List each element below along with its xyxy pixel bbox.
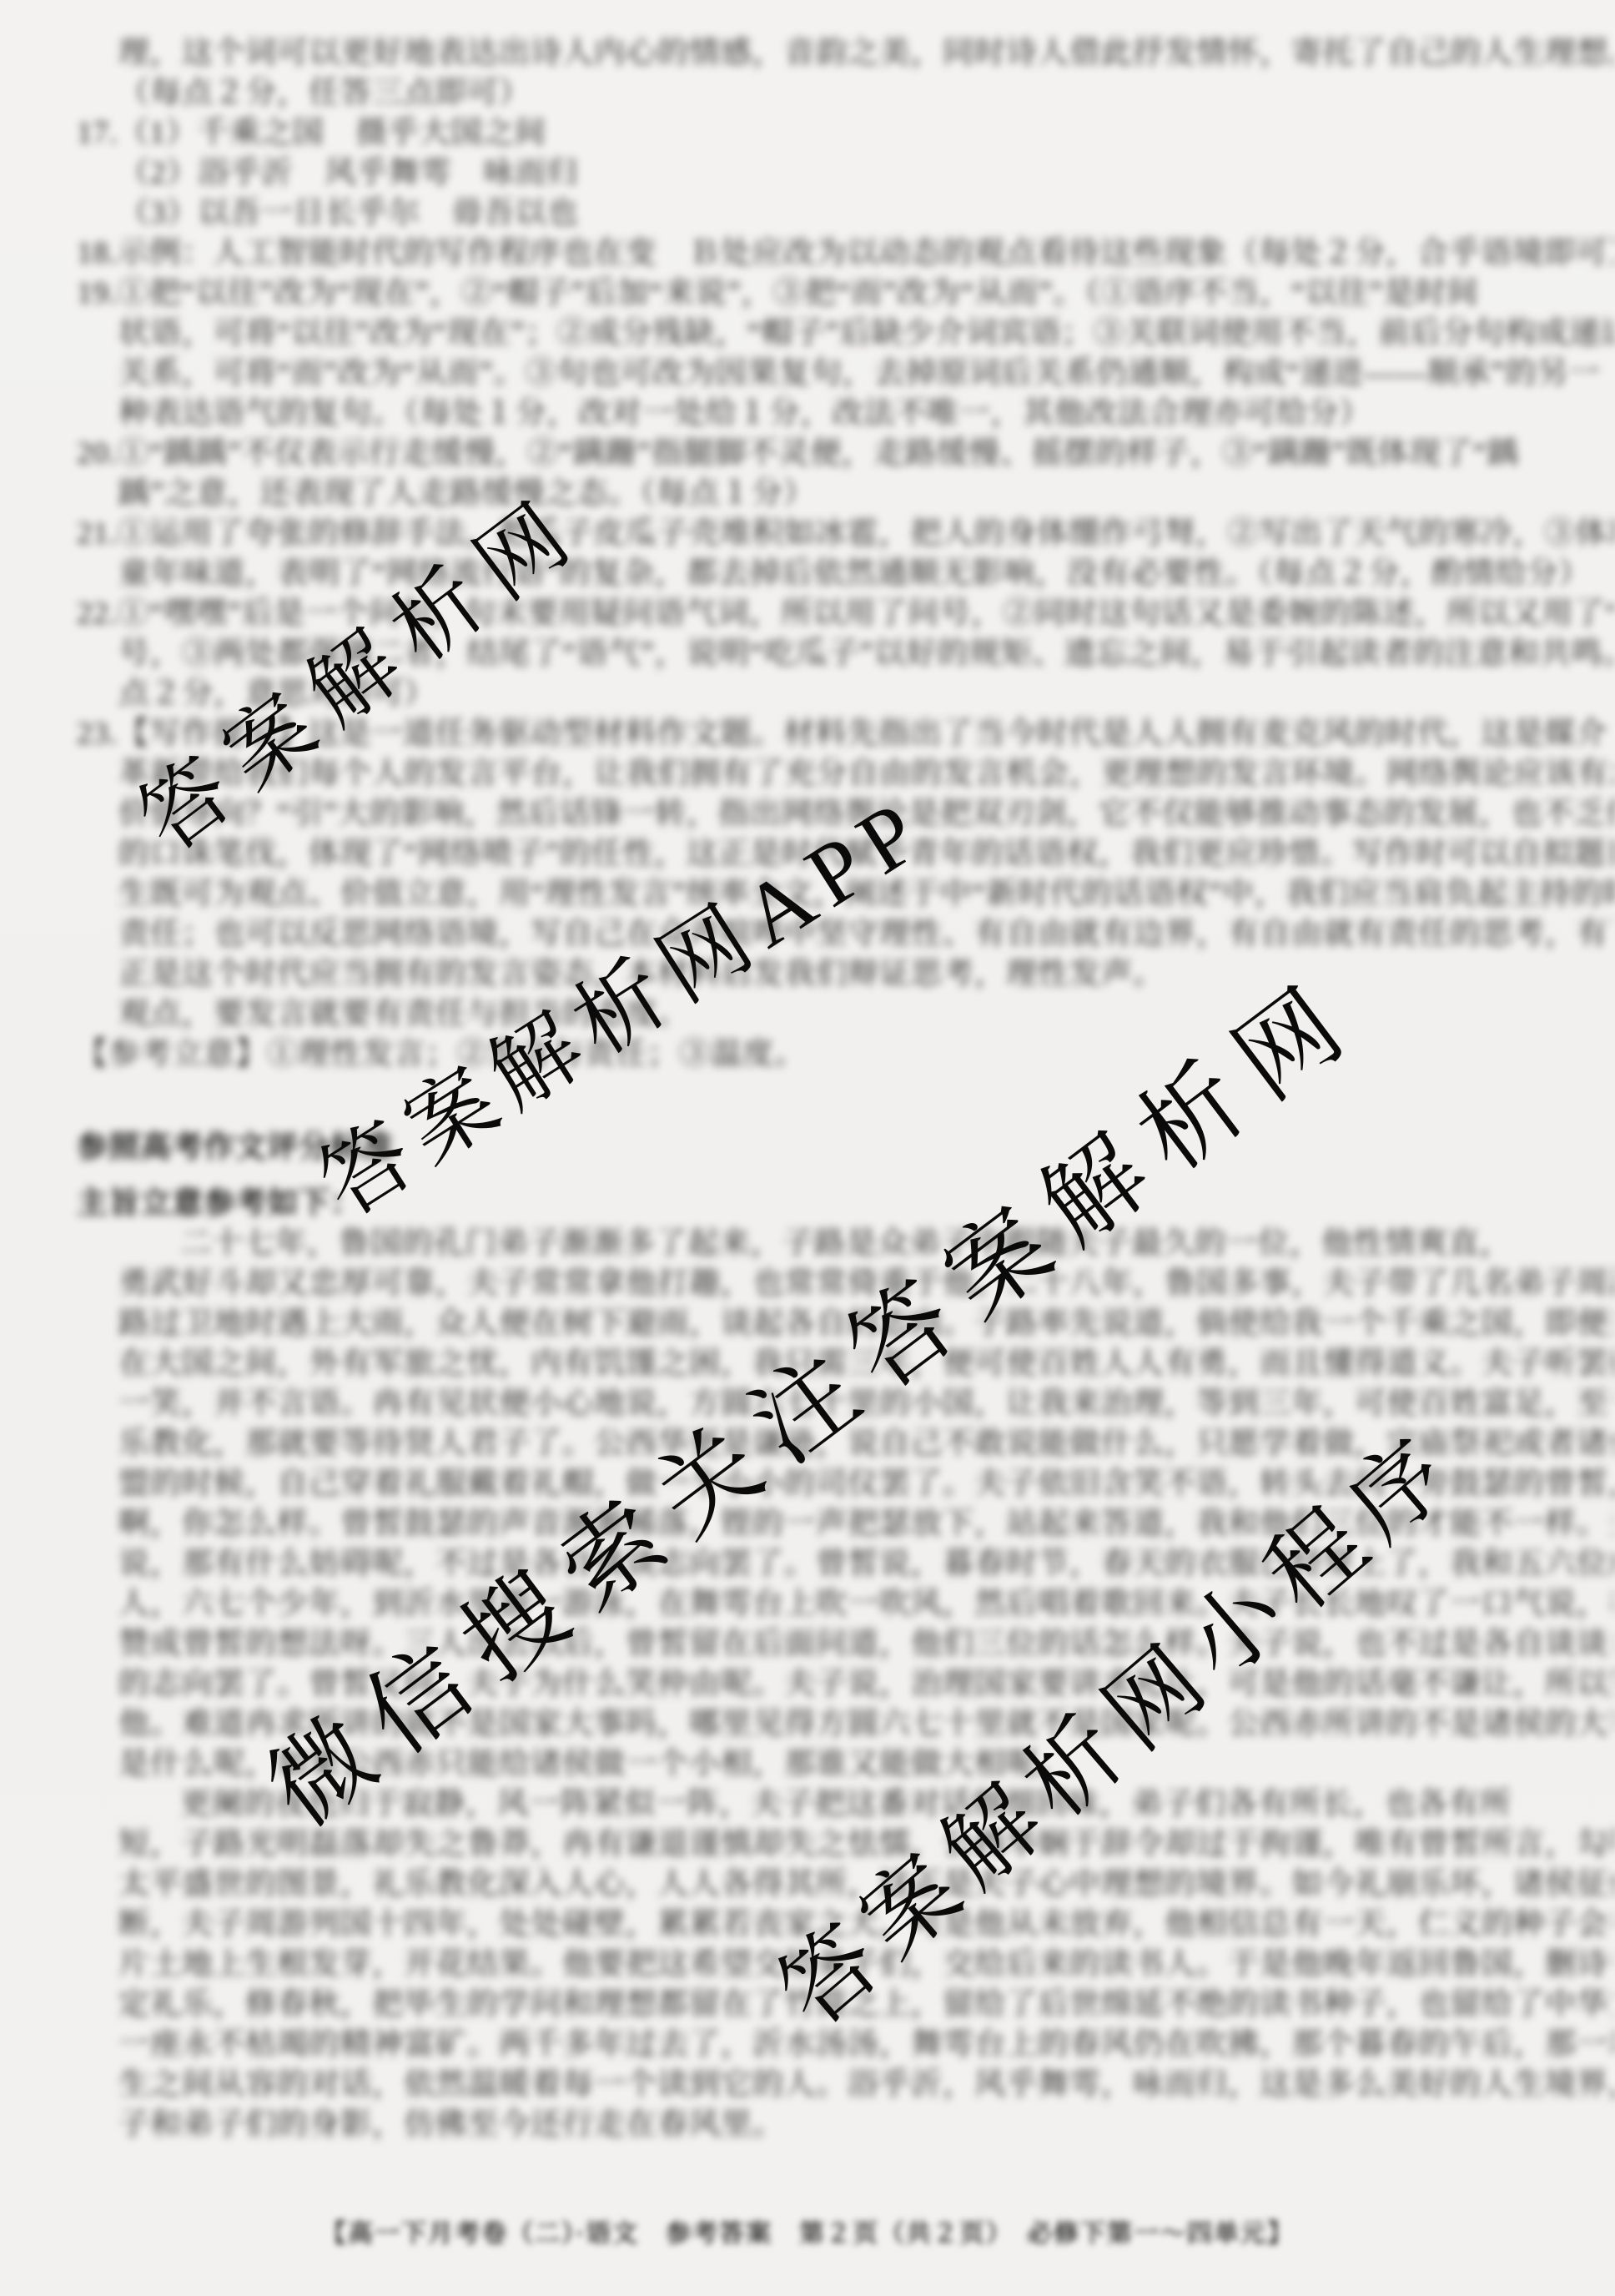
scanned-answer-page: 理，这个词可以更好地表达出诗人内心的情感，音韵之美，同时诗人借此抒发情怀，寄托了… [0,0,1615,2296]
blurred-text-line: 20.①“踽踽”不仅表示行走缓慢，②“蹒跚”指腿脚不灵便，走路缓慢、摇摆的样子，… [0,434,1615,474]
blurred-text-line: 18.示例：人工智能时代的写作程序也在变 Ｂ处应改为以动态的观点看待这些现象（每… [0,234,1615,274]
blurred-text-line: 状语，可将“以往”改为“现在”；②成分残缺，“帽子”后缺少介词宾语；③关联词使用… [0,314,1615,354]
blurred-text-line: 在大国之间，外有军旅之忧，内有饥馑之困，我只需三年，便可使百姓人人有勇，而且懂得… [0,1344,1615,1384]
blurred-text-line: 正是这个时代应当拥有的发言姿态，本材料启发我们辩证思考，理性发声。 [0,954,1615,994]
blurred-text-line: 19.①把“以往”改为“现在”，②“帽子”后加“来说”，③把“而”改为“从而”。… [0,274,1615,314]
blurred-text-line: 理，这个词可以更好地表达出诗人内心的情感，音韵之美，同时诗人借此抒发情怀，寄托了… [0,33,1615,73]
blurred-text-line: 人，六七个少年，到沂水里游一游泳，在舞雩台上吹一吹风，然后唱着歌回来。夫子长长地… [0,1584,1615,1624]
page-footer: 【高一下月考卷（二）·语文 参考答案 第２页（共２页） 必修下第一～四单元】 [0,2213,1615,2249]
blurred-text-line: 二十七年，鲁国的孔门弟子渐渐多了起来，子路是众弟子中跟随夫子最久的一位，他性情爽… [0,1224,1615,1264]
blurred-text-line: 童年味道，表明了“网络流行语”的复杂，都去掉后依然通顺无影响，没有必要性。（每点… [0,554,1615,594]
blurred-text-line: 号，③两处都强调二者，结尾了“语气”，说明“吃瓜子”以好的规矩、遗忘之间，易于引… [0,634,1615,674]
blurred-text-line: 子和弟子们的身影，仿佛至今还行走在春风里。 [0,2105,1615,2145]
blurred-text-line: 价值导向？“引”大的影响，然后话锋一转，指出网络舆论是把双刃剑，它不仅能够推动事… [0,794,1615,834]
blurred-text-line: 踽”之意，还表现了人走路缓慢之态。（每点１分） [0,474,1615,514]
blurred-text-line: （每点２分，任答三点即可） [0,73,1615,113]
blurred-text-line: 的志向罢了。曾皙又问，夫子为什么笑仲由呢。夫子说，治理国家要讲求礼让，可是他的话… [0,1664,1615,1704]
blurred-text-line: 啊，你怎么样。曾皙鼓瑟的声音渐渐稀落，铿的一声把瑟放下，站起来答道，我和他们三位… [0,1504,1615,1544]
footer-text: 【高一下月考卷（二）·语文 参考答案 第２页（共２页） 必修下第一～四单元】 [321,2220,1294,2248]
blurred-text-line: 17.（1）千乘之国 摄乎大国之间 [0,113,1615,154]
blurred-text-line: 23.【写作提示】这是一道任务驱动型材料作文题。材料先指出了当今时代是人人拥有麦… [0,714,1615,754]
blurred-text-line: 片土地上生根发芽，开花结果。他要把这希望交给弟子们，交给后来的读书人。于是他晚年… [0,1945,1615,1985]
blurred-text-line: 21.①运用了夸张的修辞手法，把瓜子皮瓜子壳堆积如冰雹，把人的身体绷作弓弩，②写… [0,514,1615,554]
blurred-text-line: 种表达语气的复句。（每处１分，改对一处给１分，改法不唯一，其他改法合理亦可给分） [0,394,1615,434]
blurred-text-line: 他。难道冉求所讲的就不是国家大事吗，哪里见得方圆六七十里就不是国家呢。公西赤所讲… [0,1704,1615,1745]
blurred-text-line: 观点，要发言就要有责任与担当的态度。 [0,994,1615,1035]
blurred-text-line: 更阑的夜色归于寂静，风一阵紧似一阵，夫子把这番对话细细回味，弟子们各有所长，也各… [0,1785,1615,1825]
blurred-text-line: 生之间从容的对话，依然温暖着每一个读到它的人。浴乎沂，风乎舞雩，咏而归，这是多么… [0,2065,1615,2105]
blurred-text-line: 一座永不枯竭的精神富矿。两千多年过去了，沂水汤汤，舞雩台上的春风仍在吹拂，那个暮… [0,2025,1615,2065]
blurred-text-line: 赞成曾皙的想法呀。三人出去以后，曾皙留在后面问道，他们三位的话怎么样。夫子说，也… [0,1624,1615,1664]
blurred-text-line: 点２分，意思对即可） [0,674,1615,714]
blurred-answer-text: 理，这个词可以更好地表达出诗人内心的情感，音韵之美，同时诗人借此抒发情怀，寄托了… [0,33,1615,2145]
blurred-heading-line: 参照高考作文评分标准 [0,1128,1615,1168]
blurred-text-line: 【参考立意】①理性发言；②发言与责任；③温度。 [0,1035,1615,1075]
blurred-text-line: 生既可为观点、价值立意，用“理性发言”统率全文，阐述于中“新时代的话语权”中，我… [0,874,1615,914]
blurred-text-line: 路过卫地时遇上大雨，众人便在树下避雨，谈起各自的志向。子路率先说道，倘使给我一个… [0,1304,1615,1344]
blurred-text-line: 一笑，并不言语。冉有见状便小心地说，方圆六七十里的小国，让我来治理，等到三年，可… [0,1384,1615,1424]
blurred-text-line: 革新带给我们每个人的发言平台，让我们拥有了充分自由的发言机会，更理想的发言环境。… [0,754,1615,794]
blurred-text-line: （2）浴乎沂 风乎舞雩 咏而归 [0,154,1615,194]
blurred-heading-line: 主旨立意参考如下： [0,1184,1615,1224]
blurred-text-line: 22.①“嘿嘿”后是一个问句，句末要用疑问语气词，所以用了问号，②同时这句话又是… [0,594,1615,634]
blurred-text-line: 短，子路光明磊落却失之鲁莽，冉有谦退谨慎却失之怯懦，公西华娴于辞令却过于拘谨，唯… [0,1825,1615,1865]
blurred-text-line: 乐教化，那就要等待贤人君子了。公西华更是谦逊，说自己不敢说能做什么，只愿学着做，… [0,1424,1615,1464]
blurred-text-line: 定礼乐，修春秋，把毕生的学问和理想都留在了竹简之上，留给了后世绵延不绝的读书种子… [0,1985,1615,2025]
blurred-text-line: 责任；也可以反思网络语境，写自己在众声喧哗中坚守理性、有自由就有边界，有自由就有… [0,914,1615,954]
blurred-text-line: 勇武好斗却又忠厚可靠，夫子常常拿他打趣，也常常倚重于他。二十八年，鲁国多事，夫子… [0,1264,1615,1304]
blurred-text-line: 是什么呢，如果公西赤只能给诸侯做一个小相，那谁又能做大相呢。 [0,1745,1615,1785]
blurred-text-line: 的口诛笔伐，体现了“网络喷子”的任性，这正是时代赋予青年的话语权，我们更应珍惜。… [0,834,1615,874]
blurred-text-line: 断，夫子周游列国十四年，处处碰壁，累累若丧家之犬，可是他从未放弃，他相信总有一天… [0,1905,1615,1945]
blurred-text-line: （3）以吾一日长乎尔 毋吾以也 [0,194,1615,234]
blurred-text-line: 说，那有什么妨碍呢，不过是各自谈谈志向罢了。曾皙说，暮春时节，春天的衣服已经穿上… [0,1544,1615,1584]
blurred-text-line: 关系，可将“而”改为“从而”。③句也可改为因果复句，去掉原词后关系仍通顺，构成“… [0,354,1615,394]
blurred-text-line: 盟的时候，自己穿着礼服戴着礼帽，做一个小小的司仪罢了。夫子依旧含笑不语，转头去问… [0,1464,1615,1504]
blurred-text-line: 太平盛世的图景，礼乐教化深入人心，人人各得其所，这正是夫子心中理想的境界。如今礼… [0,1865,1615,1905]
